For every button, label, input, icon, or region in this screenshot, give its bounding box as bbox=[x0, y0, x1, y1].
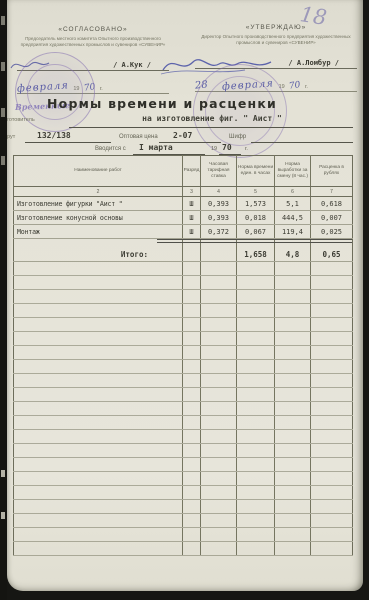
price-value: 0,007 bbox=[311, 211, 353, 225]
empty-table-row bbox=[14, 430, 353, 444]
empty-table-row bbox=[14, 528, 353, 542]
column-number: 6 bbox=[275, 187, 311, 197]
hourly-rate-value: 0,372 bbox=[201, 225, 237, 239]
column-numbers-row: 2 3 4 5 6 7 bbox=[14, 187, 353, 197]
empty-rows-section bbox=[14, 262, 353, 556]
col-header-hourly-rate: Часовая тарифная ставка bbox=[201, 156, 237, 187]
empty-table-row bbox=[14, 486, 353, 500]
work-name: Изготовление конусной основы bbox=[14, 211, 183, 225]
column-number: 2 bbox=[14, 187, 183, 197]
round-stamp-left-inner-circle bbox=[27, 64, 83, 120]
wholesale-price-value: 2-07 bbox=[173, 131, 192, 140]
binding-mark bbox=[1, 470, 5, 477]
approval-left-body: Председатель местного комитета Опытного … bbox=[17, 36, 169, 48]
time-norm-value: 0,018 bbox=[237, 211, 275, 225]
cipher-label: Шифр bbox=[229, 134, 246, 140]
hourly-rate-value: 0,393 bbox=[201, 211, 237, 225]
effective-date-value: I марта bbox=[139, 143, 173, 152]
empty-table-row bbox=[14, 346, 353, 360]
approval-right-body: Директор Опытного производственного пред… bbox=[195, 34, 357, 46]
total-label: Итого: bbox=[14, 248, 183, 262]
empty-table-row bbox=[14, 514, 353, 528]
col-header-work-name: Наименование работ bbox=[14, 156, 183, 187]
approval-left-year-suffix: г. bbox=[100, 86, 103, 92]
grade-value: Ш bbox=[183, 225, 201, 239]
binding-mark bbox=[1, 512, 5, 519]
time-norm-value: 0,067 bbox=[237, 225, 275, 239]
table-row: Монтаж Ш 0,372 0,067 119,4 0,025 bbox=[14, 225, 353, 239]
document-title: Нормы времени и расценки bbox=[47, 96, 353, 111]
effective-from-label: Вводится с bbox=[95, 146, 126, 152]
empty-table-row bbox=[14, 276, 353, 290]
table-row: Изготовление конусной основы Ш 0,393 0,0… bbox=[14, 211, 353, 225]
column-number: 4 bbox=[201, 187, 237, 197]
empty-table-row bbox=[14, 444, 353, 458]
empty-table-row bbox=[14, 458, 353, 472]
col-header-price: Расценка в рублях bbox=[311, 156, 353, 187]
cipher-underline bbox=[251, 141, 353, 143]
round-stamp-right bbox=[193, 64, 287, 158]
column-number: 5 bbox=[237, 187, 275, 197]
table-header-row: Наименование работ Разряд Часовая тарифн… bbox=[14, 156, 353, 187]
column-number: 3 bbox=[183, 187, 201, 197]
output-norm-value: 444,5 bbox=[275, 211, 311, 225]
document-page: 18 «СОГЛАСОВАНО» Председатель местного к… bbox=[7, 0, 363, 591]
hourly-rate-value: 0,393 bbox=[201, 197, 237, 211]
approval-left-signature-name: / А.Кук / bbox=[113, 61, 151, 69]
col-header-grade: Разряд bbox=[183, 156, 201, 187]
grade-value: Ш bbox=[183, 197, 201, 211]
totals-double-rule bbox=[157, 239, 352, 243]
margin-fragment-route: рут bbox=[7, 134, 15, 140]
margin-fragment-manufacturer: готовитель bbox=[7, 117, 35, 123]
table-row: Изготовление фигурки "Аист " Ш 0,393 1,5… bbox=[14, 197, 353, 211]
empty-table-row bbox=[14, 388, 353, 402]
effective-year-value: 70 bbox=[222, 143, 232, 152]
route-number-value: 132/138 bbox=[37, 131, 71, 140]
wholesale-price-label: Оптовая цена bbox=[119, 134, 158, 140]
empty-table-row bbox=[14, 360, 353, 374]
approval-right-title: «УТВЕРЖДАЮ» bbox=[195, 24, 357, 31]
approval-right-year-suffix: г. bbox=[305, 84, 308, 90]
approval-right-signature-name: / А.Ломбур / bbox=[288, 59, 339, 67]
document-subtitle: на изготовление фиг. " Аист " bbox=[67, 114, 357, 123]
empty-table-row bbox=[14, 304, 353, 318]
approval-left-title: «СОГЛАСОВАНО» bbox=[17, 26, 169, 33]
empty-table-row bbox=[14, 374, 353, 388]
col-header-time-norm: Норма времени един. в часах bbox=[237, 156, 275, 187]
empty-table-row bbox=[14, 290, 353, 304]
col-header-output-norm: Норма выработки за смену (8 час.) bbox=[275, 156, 311, 187]
book-binding-edge bbox=[0, 0, 7, 600]
effective-year-suffix: г. bbox=[245, 146, 248, 152]
output-norm-value: 5,1 bbox=[275, 197, 311, 211]
price-value: 0,025 bbox=[311, 225, 353, 239]
grade-value: Ш bbox=[183, 211, 201, 225]
empty-table-row bbox=[14, 332, 353, 346]
work-name: Изготовление фигурки "Аист " bbox=[14, 197, 183, 211]
time-norm-value: 1,573 bbox=[237, 197, 275, 211]
empty-table-row bbox=[14, 318, 353, 332]
work-name: Монтаж bbox=[14, 225, 183, 239]
rates-table: Наименование работ Разряд Часовая тарифн… bbox=[13, 155, 353, 556]
total-output-value: 4,8 bbox=[275, 248, 311, 262]
effective-year-prefix: 19 bbox=[211, 146, 217, 152]
empty-table-row bbox=[14, 472, 353, 486]
price-value: 0,618 bbox=[311, 197, 353, 211]
approval-right-year-handwritten: 70 bbox=[289, 81, 302, 92]
total-price-value: 0,65 bbox=[311, 248, 353, 262]
empty-table-row bbox=[14, 402, 353, 416]
output-norm-value: 119,4 bbox=[275, 225, 311, 239]
binding-mark bbox=[1, 156, 5, 165]
route-underline bbox=[25, 141, 111, 143]
subtitle-underline bbox=[69, 126, 353, 128]
empty-table-row bbox=[14, 262, 353, 276]
binding-mark bbox=[1, 108, 5, 117]
empty-table-row bbox=[14, 416, 353, 430]
column-number: 7 bbox=[311, 187, 353, 197]
binding-mark bbox=[1, 16, 5, 25]
binding-mark bbox=[1, 62, 5, 71]
empty-table-row bbox=[14, 542, 353, 556]
total-time-value: 1,658 bbox=[237, 248, 275, 262]
total-row: Итого: 1,658 4,8 0,65 bbox=[14, 248, 353, 262]
empty-table-row bbox=[14, 500, 353, 514]
